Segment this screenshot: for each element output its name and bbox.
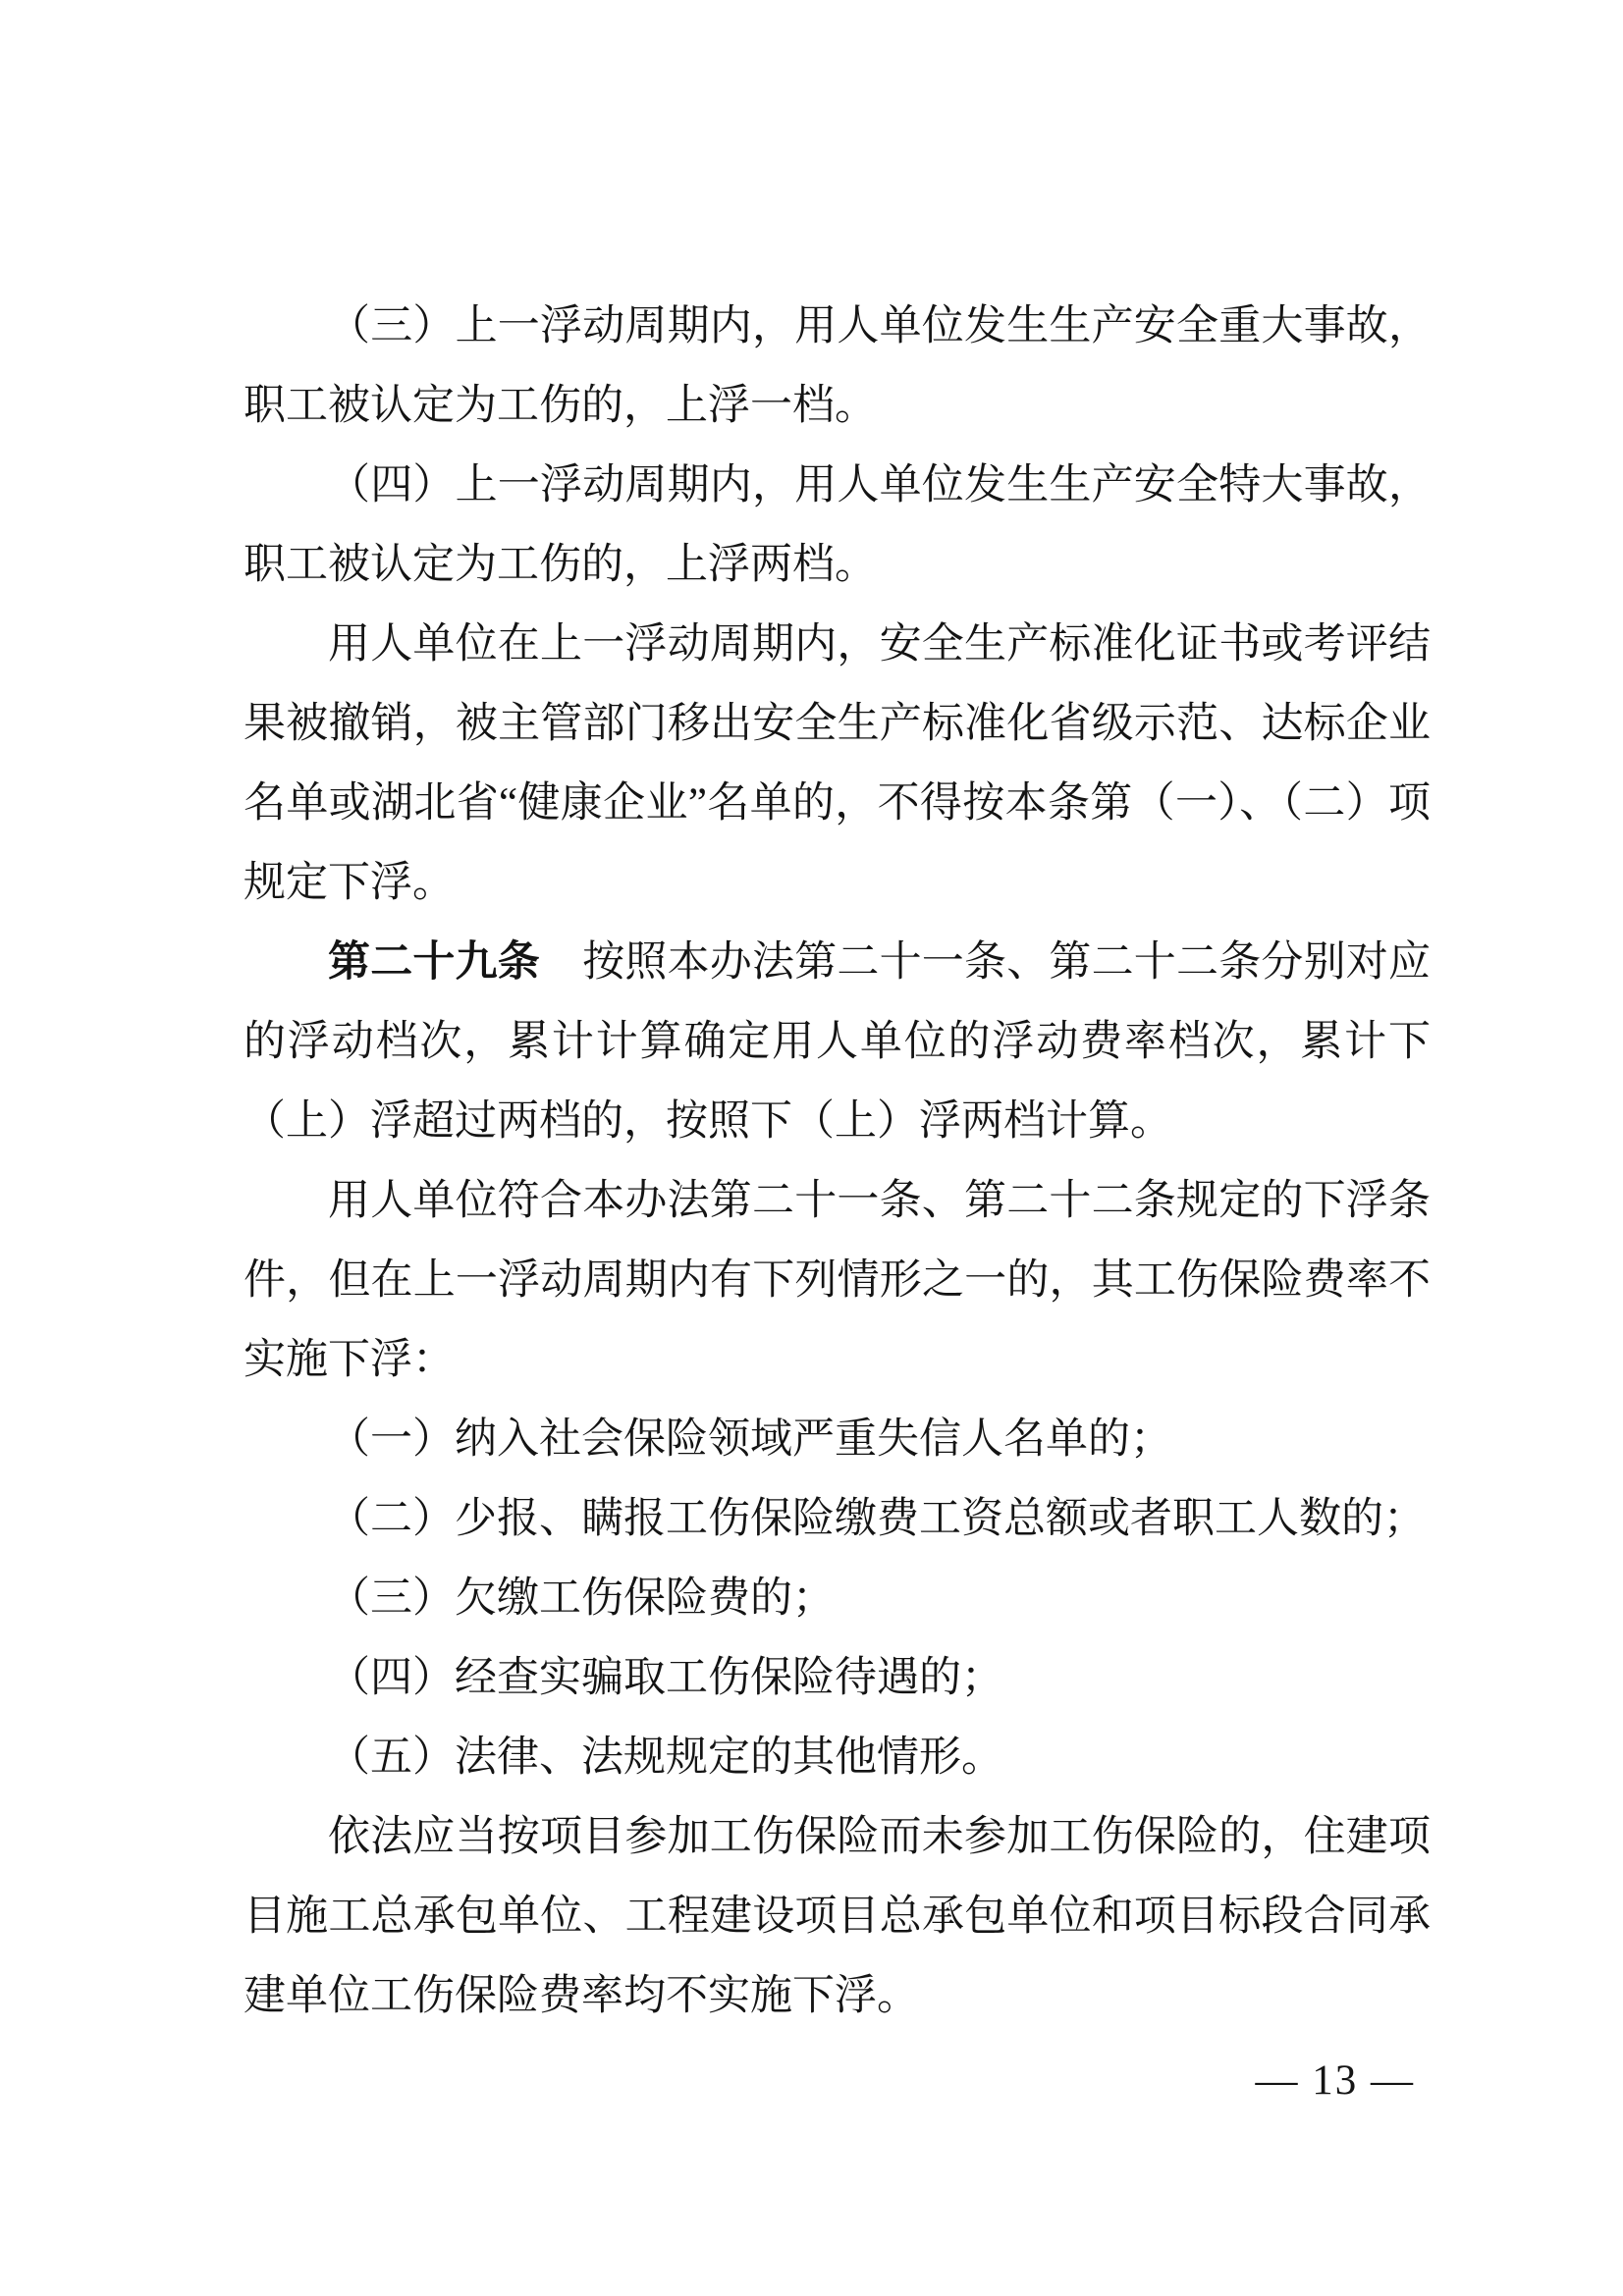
text-segment: （五）法律、法规规定的其他情形。	[328, 1735, 1003, 1781]
article-number: 第二十九条	[328, 938, 540, 986]
text-segment: 用人单位符合本办法第二十一条、第二十二条规定的下浮条件，但在上一浮动周期内有下列…	[243, 1178, 1431, 1383]
document-body: （三）上一浮动周期内，用人单位发生生产安全重大事故，职工被认定为工伤的，上浮一档…	[243, 287, 1431, 2036]
paragraph: （五）法律、法规规定的其他情形。	[243, 1718, 1431, 1797]
document-page: （三）上一浮动周期内，用人单位发生生产安全重大事故，职工被认定为工伤的，上浮一档…	[0, 0, 1623, 2296]
paragraph: （一）纳入社会保险领域严重失信人名单的；	[243, 1400, 1431, 1479]
paragraph: （二）少报、瞒报工伤保险缴费工资总额或者职工人数的；	[243, 1479, 1431, 1559]
text-segment: （一）纳入社会保险领域严重失信人名单的；	[328, 1416, 1172, 1463]
page-number: — 13 —	[1256, 2057, 1416, 2105]
paragraph: （四）上一浮动周期内，用人单位发生生产安全特大事故，职工被认定为工伤的，上浮两档…	[243, 446, 1431, 605]
text-segment: （四）经查实骗取工伤保险待遇的；	[328, 1655, 1003, 1701]
text-segment: （三）上一浮动周期内，用人单位发生生产安全重大事故，职工被认定为工伤的，上浮一档…	[243, 303, 1431, 429]
paragraph: （三）上一浮动周期内，用人单位发生生产安全重大事故，职工被认定为工伤的，上浮一档…	[243, 287, 1431, 446]
paragraph: 第二十九条 按照本办法第二十一条、第二十二条分别对应的浮动档次，累计计算确定用人…	[243, 923, 1431, 1161]
text-segment: （四）上一浮动周期内，用人单位发生生产安全特大事故，职工被认定为工伤的，上浮两档…	[243, 462, 1431, 588]
text-segment: 用人单位在上一浮动周期内，安全生产标准化证书或考评结果被撤销，被主管部门移出安全…	[243, 621, 1431, 906]
paragraph: 用人单位符合本办法第二十一条、第二十二条规定的下浮条件，但在上一浮动周期内有下列…	[243, 1161, 1431, 1400]
text-segment: （二）少报、瞒报工伤保险缴费工资总额或者职工人数的；	[328, 1496, 1426, 1542]
text-segment: （三）欠缴工伤保险费的；	[328, 1575, 835, 1622]
paragraph: （三）欠缴工伤保险费的；	[243, 1559, 1431, 1638]
paragraph: 用人单位在上一浮动周期内，安全生产标准化证书或考评结果被撤销，被主管部门移出安全…	[243, 605, 1431, 923]
text-segment: 依法应当按项目参加工伤保险而未参加工伤保险的，住建项目施工总承包单位、工程建设项…	[243, 1814, 1431, 2019]
paragraph: 依法应当按项目参加工伤保险而未参加工伤保险的，住建项目施工总承包单位、工程建设项…	[243, 1797, 1431, 2036]
paragraph: （四）经查实骗取工伤保险待遇的；	[243, 1638, 1431, 1718]
